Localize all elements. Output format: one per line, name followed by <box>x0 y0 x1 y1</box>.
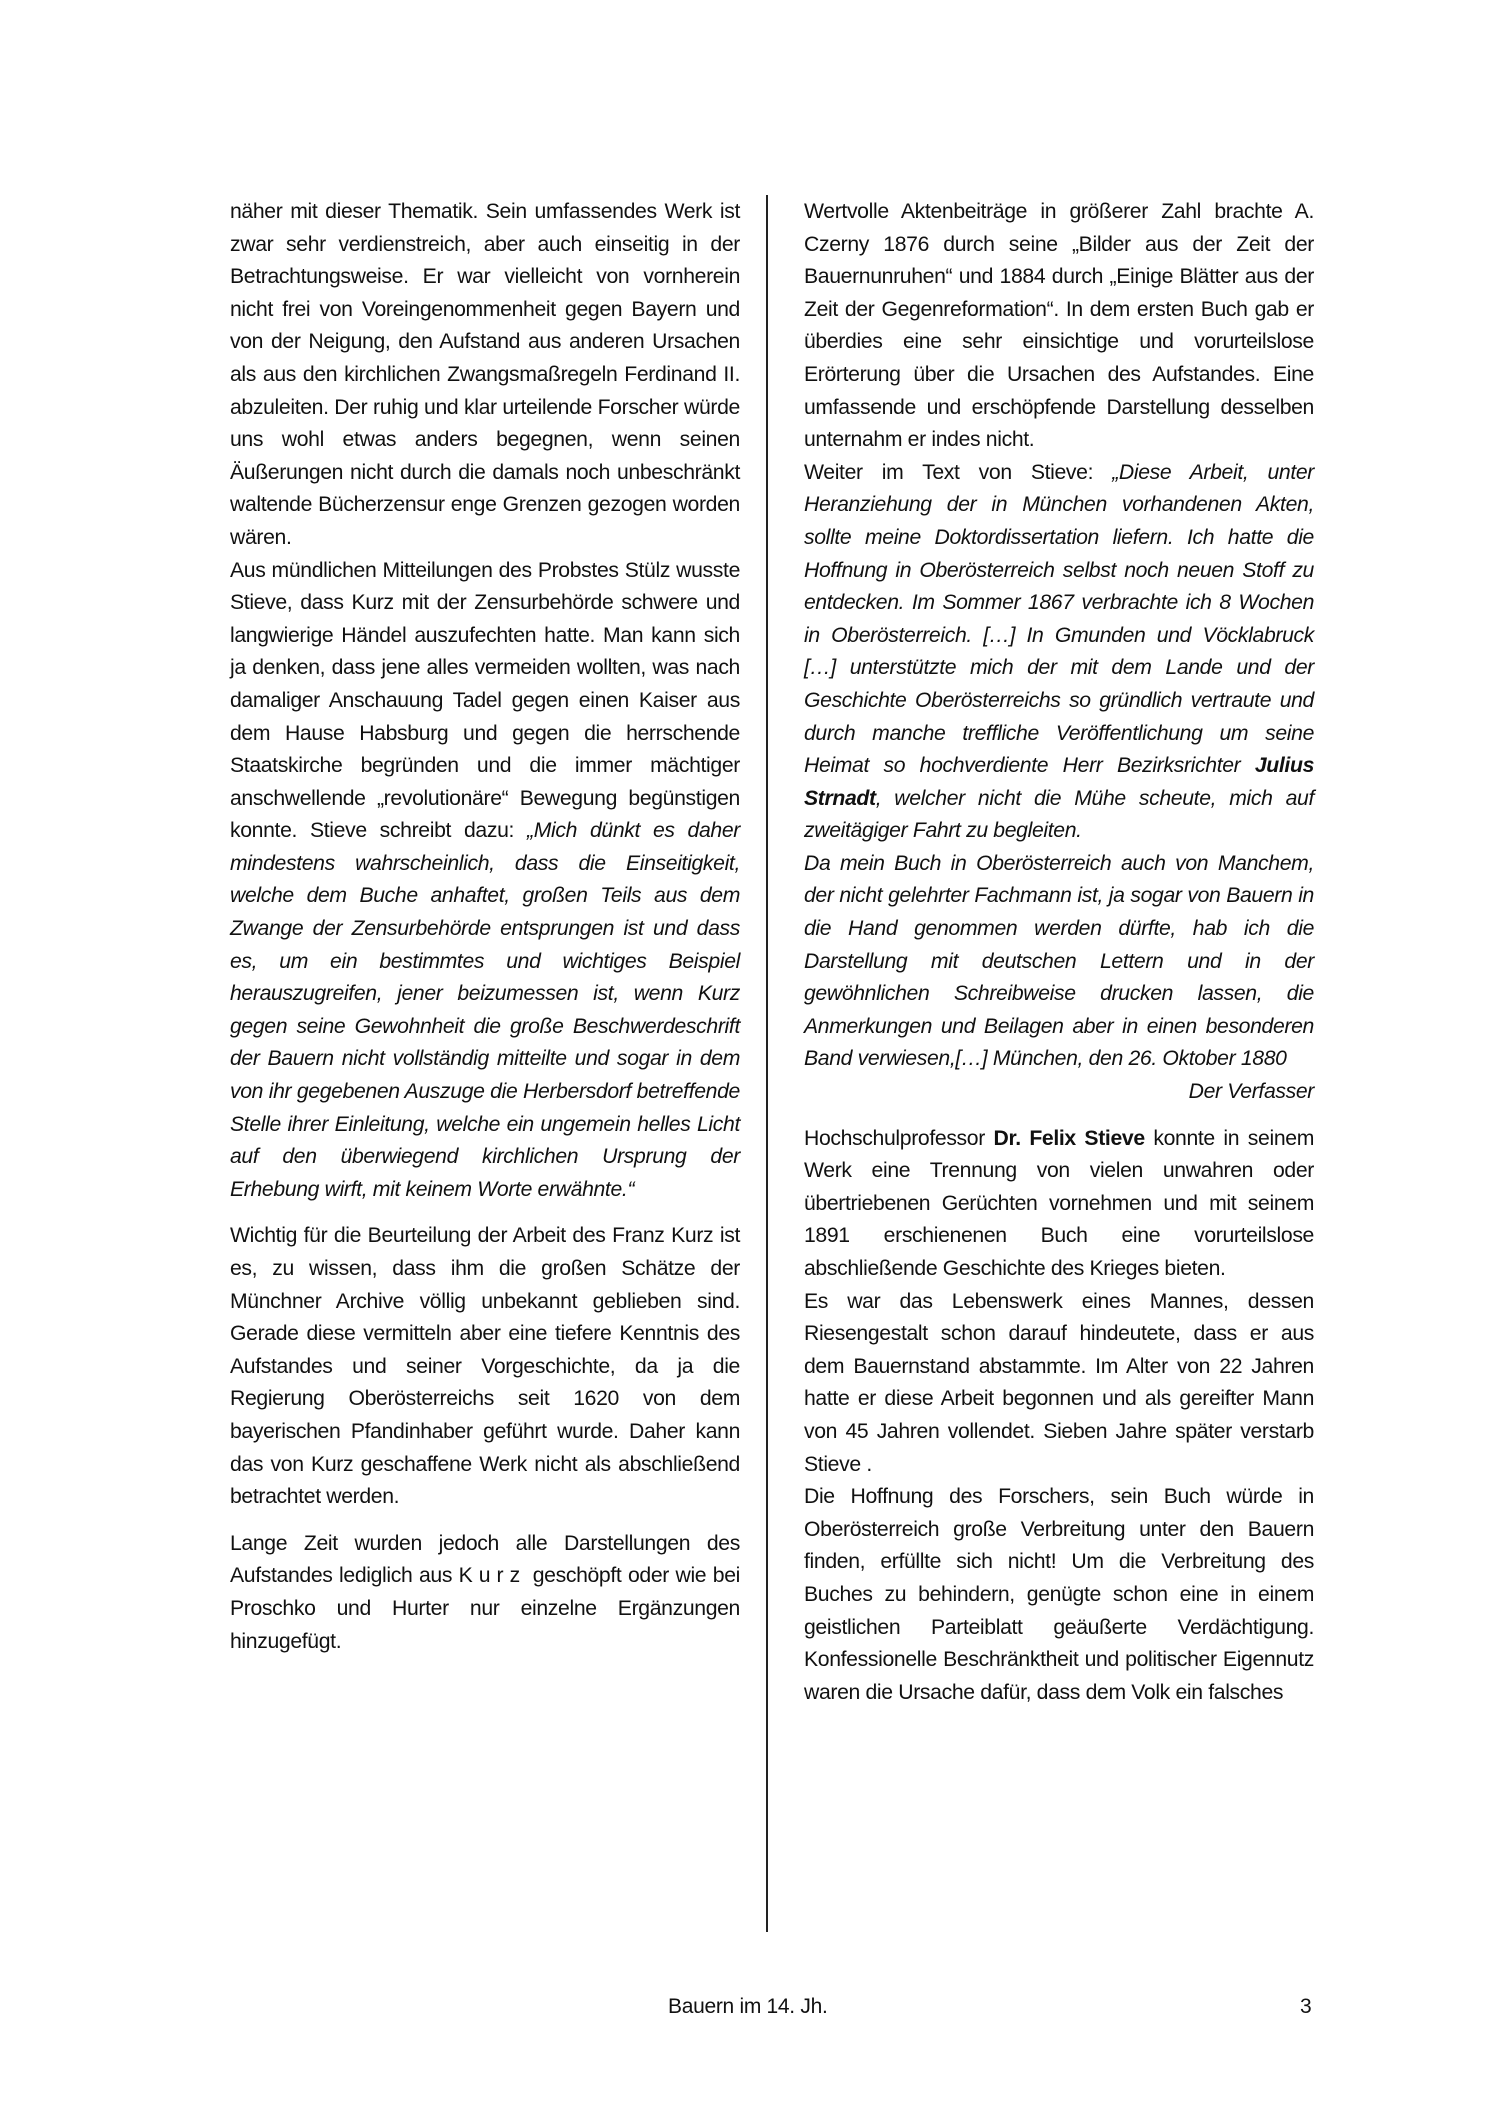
paragraph-text: Weiter im Text von Stieve: <box>804 461 1112 484</box>
paragraph: Da mein Buch in Oberösterreich auch von … <box>804 848 1314 1076</box>
paragraph: Die Hoffnung des Forschers, sein Buch wü… <box>804 1481 1314 1709</box>
footer-title: Bauern im 14. Jh. <box>668 1995 828 2019</box>
column-divider <box>766 195 768 1932</box>
signature: Der Verfasser <box>804 1076 1314 1109</box>
paragraph: Aus mündlichen Mitteilungen des Probstes… <box>230 555 740 1207</box>
paragraph: Es war das Lebenswerk eines Mannes, dess… <box>804 1286 1314 1482</box>
quote-text: „Mich dünkt es daher mindestens wahrsche… <box>230 819 740 1201</box>
paragraph: näher mit dieser Thematik. Sein umfassen… <box>230 196 740 555</box>
right-column: Wertvolle Aktenbeiträge in größerer Zahl… <box>804 196 1314 1709</box>
paragraph-text: Hochschulprofessor <box>804 1127 994 1150</box>
quote-text: „Diese Arbeit, unter Heranziehung der in… <box>804 461 1314 777</box>
paragraph: Lange Zeit wurden jedoch alle Darstellun… <box>230 1528 740 1658</box>
left-column: näher mit dieser Thematik. Sein umfassen… <box>230 196 740 1658</box>
signature-text: Der Verfasser <box>1189 1080 1314 1103</box>
paragraph: Wichtig für die Beurteilung der Arbeit d… <box>230 1220 740 1513</box>
bold-name: Dr. Felix Stieve <box>994 1127 1145 1150</box>
paragraph: Wertvolle Aktenbeiträge in größerer Zahl… <box>804 196 1314 457</box>
quote-text: , welcher nicht die Mühe scheute, mich a… <box>804 787 1314 843</box>
quote-text: Da mein Buch in Oberösterreich auch von … <box>804 852 1314 1071</box>
page-number: 3 <box>1300 1995 1311 2019</box>
paragraph: Weiter im Text von Stieve: „Diese Arbeit… <box>804 457 1314 848</box>
document-page: näher mit dieser Thematik. Sein umfassen… <box>0 0 1500 2104</box>
paragraph: Hochschulprofessor Dr. Felix Stieve konn… <box>804 1123 1314 1286</box>
spaced-name: Kurz <box>459 1564 527 1587</box>
paragraph-text: Aus mündlichen Mitteilungen des Probstes… <box>230 559 740 843</box>
